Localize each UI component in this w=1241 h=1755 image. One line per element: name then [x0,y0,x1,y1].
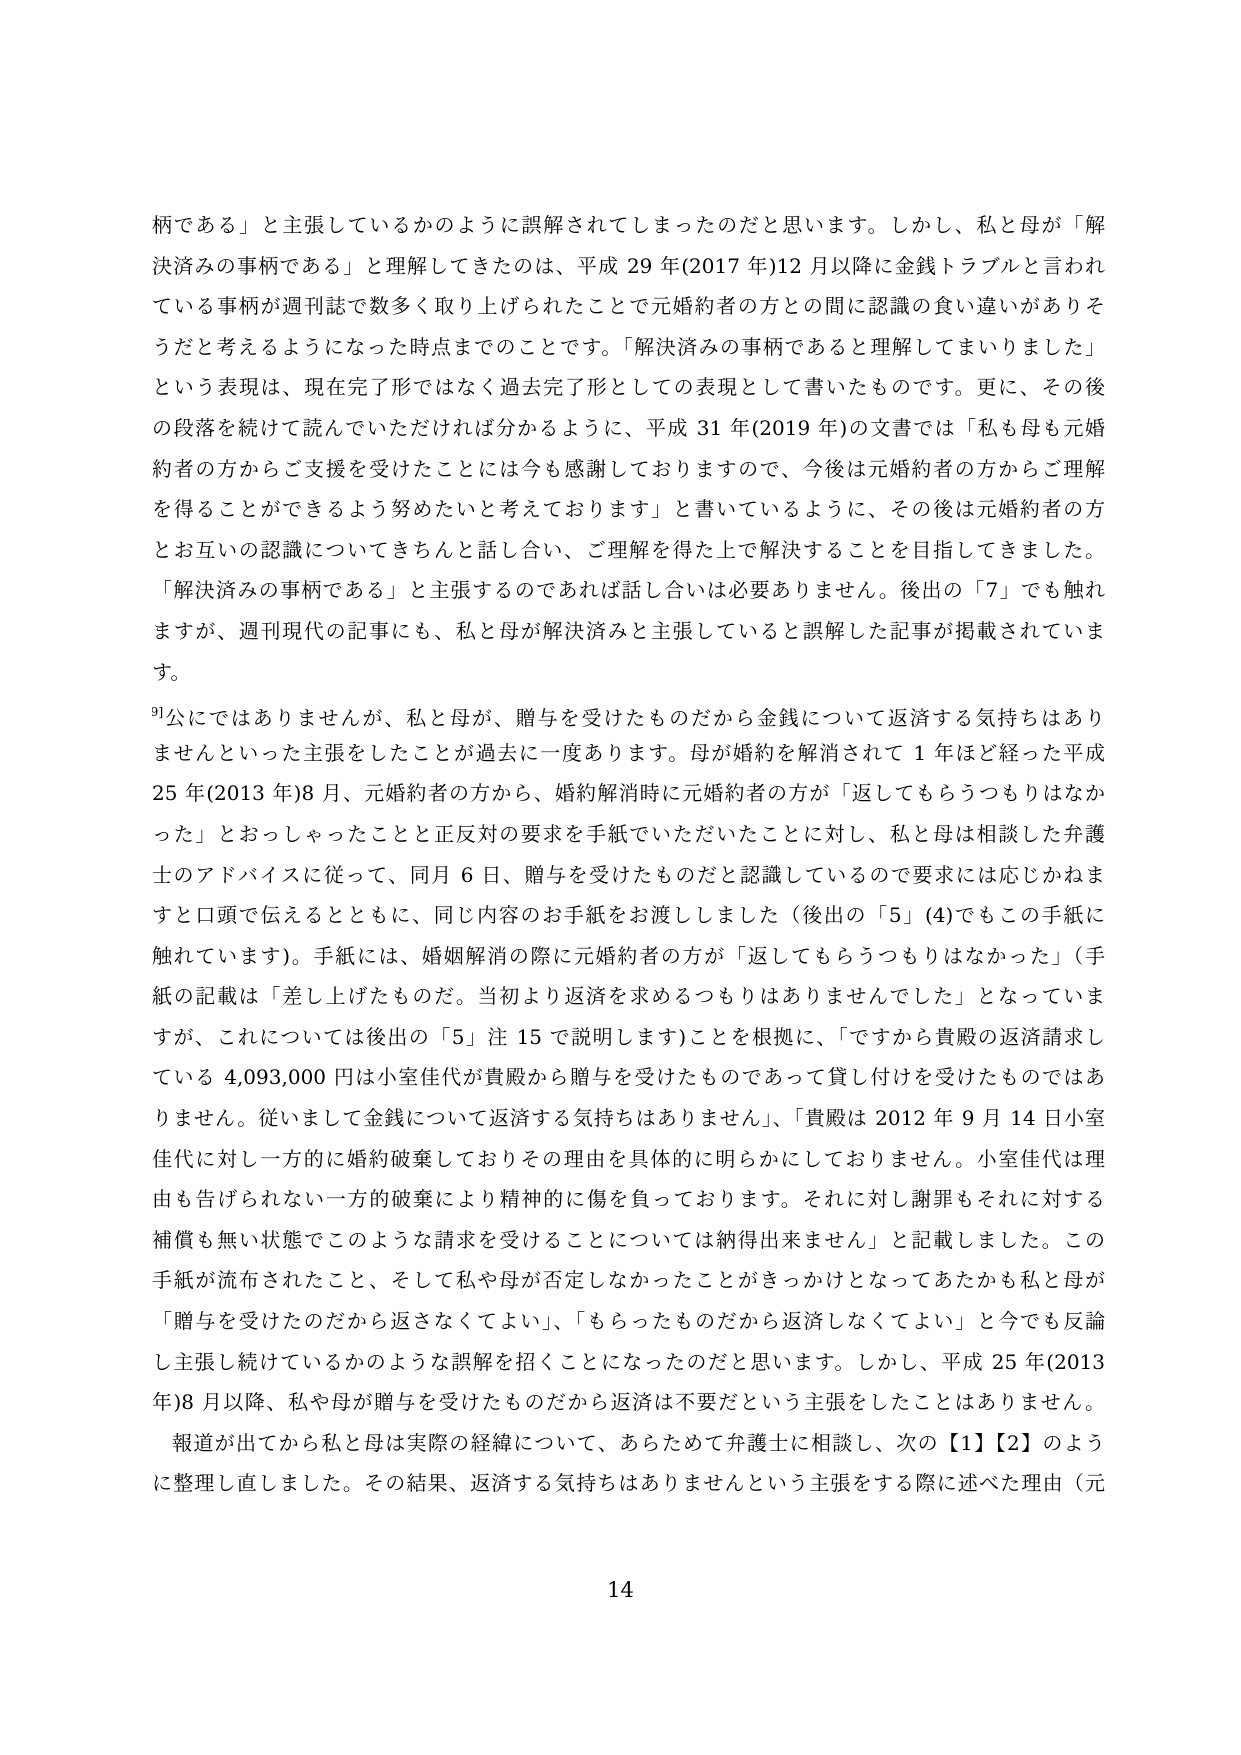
text-line: ますが、週刊現代の記事にも、私と母が解決済みと主張していると誤解した記事が掲載さ… [152,611,1105,652]
footnote-marker: [注9] [152,692,163,733]
text-line: の段落を続けて読んでいただければ分かるように、平成 31 年(2019 年)の文… [152,408,1105,449]
text-line: ませんといった主張をしたことが過去に一度あります。母が婚約を解消されて 1 年ほ… [152,733,1105,774]
body-text: 柄である」と主張しているかのように誤解されてしまったのだと思います。しかし、私と… [152,205,1105,1504]
text-line: 手紙が流布されたこと、そして私や母が否定しなかったことがきっかけとなってあたかも… [152,1260,1105,1301]
text-line: うだと考えるようになった時点までのことです。「解決済みの事柄であると理解してまい… [152,327,1105,368]
document-page: 柄である」と主張しているかのように誤解されてしまったのだと思います。しかし、私と… [0,0,1241,1755]
text-line: 触れています)。手紙には、婚姻解消の際に元婚約者の方が「返してもらうつもりはなか… [152,936,1105,977]
text-line: った」とおっしゃったことと正反対の要求を手紙でいただいたことに対し、私と母は相談… [152,814,1105,855]
text-line: という表現は、現在完了形ではなく過去完了形としての表現として書いたものです。更に… [152,367,1105,408]
text-line: す。 [152,652,1105,693]
text-line: とお互いの認識についてきちんと話し合い、ご理解を得た上で解決することを目指してき… [152,530,1105,571]
text-line: 決済みの事柄である」と理解してきたのは、平成 29 年(2017 年)12 月以… [152,246,1105,287]
text-line: りません。従いまして金銭について返済する気持ちはありません」、「貴殿は 2012… [152,1098,1105,1139]
text-line: 由も告げられない一方的破棄により精神的に傷を負っております。それに対し謝罪もそれ… [152,1179,1105,1220]
text-line: すが、これについては後出の「5」注 15 で説明します)ことを根拠に、「ですから… [152,1017,1105,1058]
text-line: 柄である」と主張しているかのように誤解されてしまったのだと思います。しかし、私と… [152,205,1105,246]
text-line: し主張し続けているかのような誤解を招くことになったのだと思います。しかし、平成 … [152,1342,1105,1383]
text-line: 25 年(2013 年)8 月、元婚約者の方から、婚約解消時に元婚約者の方が「返… [152,773,1105,814]
text-line: を得ることができるよう努めたいと考えております」と書いているように、その後は元婚… [152,489,1105,530]
text-line: すと口頭で伝えるとともに、同じ内容のお手紙をお渡ししました（後出の「5」(4)で… [152,895,1105,936]
text-line: 「解決済みの事柄である」と主張するのであれば話し合いは必要ありません。後出の「7… [152,570,1105,611]
text-line: 報道が出てから私と母は実際の経緯について、あらためて弁護士に相談し、次の【1】【… [152,1423,1105,1464]
text-line: ている事柄が週刊誌で数多く取り上げられたことで元婚約者の方との間に認識の食い違い… [152,286,1105,327]
text-line: 補償も無い状態でこのような請求を受けることについては納得出来ません」と記載しまし… [152,1220,1105,1261]
text-line: 紙の記載は「差し上げたものだ。当初より返済を求めるつもりはありませんでした」とな… [152,976,1105,1017]
page-number: 14 [0,1578,1241,1602]
text-line: 約者の方からご支援を受けたことには今も感謝しておりますので、今後は元婚約者の方か… [152,449,1105,490]
text-line: 佳代に対し一方的に婚約破棄しておりその理由を具体的に明らかにしておりません。小室… [152,1139,1105,1180]
text-line: 「贈与を受けたのだから返さなくてよい」、「もらったものだから返済しなくてよい」と… [152,1301,1105,1342]
text-line: [注9]公にではありませんが、私と母が、贈与を受けたものだから金銭について返済す… [152,692,1105,733]
text-line: ている 4,093,000 円は小室佳代が貴殿から贈与を受けたものであって貸し付… [152,1057,1105,1098]
text-line-content: 公にではありませんが、私と母が、贈与を受けたものだから金銭について返済する気持ち… [163,706,1105,730]
text-line: 年)8 月以降、私や母が贈与を受けたものだから返済は不要だという主張をしたことは… [152,1382,1105,1423]
text-line: に整理し直しました。その結果、返済する気持ちはありませんという主張をする際に述べ… [152,1463,1105,1504]
text-line: 士のアドバイスに従って、同月 6 日、贈与を受けたものだと認識しているので要求に… [152,855,1105,896]
